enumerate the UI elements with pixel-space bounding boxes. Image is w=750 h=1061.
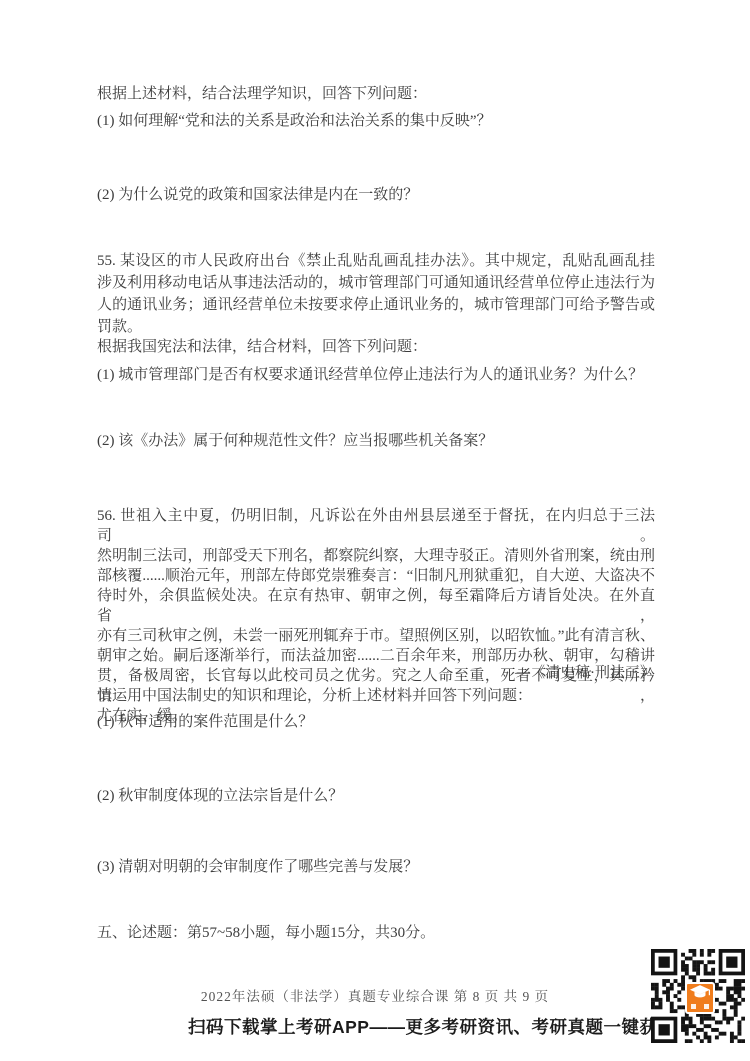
q56-subquestion-2: (2) 秋审制度体现的立法宗旨是什么？ xyxy=(97,786,655,806)
qr-code xyxy=(651,949,745,1043)
q55-body-line: 55. 某设区的市人民政府出台《禁止乱贴乱画乱挂办法》。其中规定，乱贴乱画乱挂 xyxy=(97,250,655,272)
q56-body-line: 亦有三司秋审之例，未尝一丽死刑辄弃于市。望照例区别，以昭钦恤。”此有清言秋、 xyxy=(97,626,655,646)
q56-subquestion-1: (1) 秋审适用的案件范围是什么？ xyxy=(97,712,655,732)
footer-promo-text: 扫码下载掌上考研APP——更多考研资讯、考研真题一键获取 xyxy=(188,1014,675,1039)
q54-intro: 根据上述材料，结合法理学知识，回答下列问题： xyxy=(97,84,655,104)
q55-body-line: 涉及利用移动电话从事违法活动的，城市管理部门可通知通讯经营单位停止违法行为 xyxy=(97,272,655,294)
q56-body-line: 然明制三法司，刑部受天下刑名，都察院纠察，大理寺驳正。清则外省刑案，统由刑 xyxy=(97,546,655,566)
logo-detail xyxy=(704,1004,709,1009)
q56-subquestion-3: (3) 清朝对明朝的会审制度作了哪些完善与发展？ xyxy=(97,857,655,877)
exam-page: 根据上述材料，结合法理学知识，回答下列问题： (1) 如何理解“党和法的关系是政… xyxy=(0,0,750,1061)
q56-source-citation: —《清史稿·刑法三》 xyxy=(97,663,655,683)
footer-page-info: 2022年法硕（非法学）真题专业综合课 第 8 页 共 9 页 xyxy=(0,985,750,1005)
q56-body-line: 部核覆......顺治元年，刑部左侍郎党崇雅奏言：“旧制凡刑狱重犯，自大逆、大盗… xyxy=(97,566,655,586)
q56-body-line: 待时外，余俱监候处决。在京有热审、朝审之例，每至霜降后方请旨处决。在外直省， xyxy=(97,586,655,626)
q55-body-line: 罚款。 xyxy=(97,316,655,338)
q55-subquestion-2: (2) 该《办法》属于何种规范性文件？应当报哪些机关备案？ xyxy=(97,431,655,451)
q54-subquestion-1: (1) 如何理解“党和法的关系是政治和法治关系的集中反映”？ xyxy=(97,111,655,131)
q55-body: 55. 某设区的市人民政府出台《禁止乱贴乱画乱挂办法》。其中规定，乱贴乱画乱挂 … xyxy=(97,250,655,338)
section-5-header: 五、论述题：第57~58小题，每小题15分，共30分。 xyxy=(97,923,655,943)
graduation-cap-icon xyxy=(685,982,715,1014)
logo-detail xyxy=(691,1004,696,1009)
q55-subquestion-1: (1) 城市管理部门是否有权要求通讯经营单位停止违法行为人的通讯业务？为什么？ xyxy=(97,365,655,385)
q54-subquestion-2: (2) 为什么说党的政策和国家法律是内在一致的？ xyxy=(97,185,655,205)
q56-body-line: 56. 世祖入主中夏，仍明旧制，凡诉讼在外由州县层递至于督抚，在内归总于三法司。 xyxy=(97,506,655,546)
q55-intro: 根据我国宪法和法律，结合材料，回答下列问题： xyxy=(97,337,655,357)
q55-body-line: 人的通讯业务；通讯经营单位未按要求停止通讯业务的，城市管理部门可给予警告或 xyxy=(97,294,655,316)
q56-intro: 请运用中国法制史的知识和理论，分析上述材料并回答下列问题： xyxy=(97,686,655,706)
